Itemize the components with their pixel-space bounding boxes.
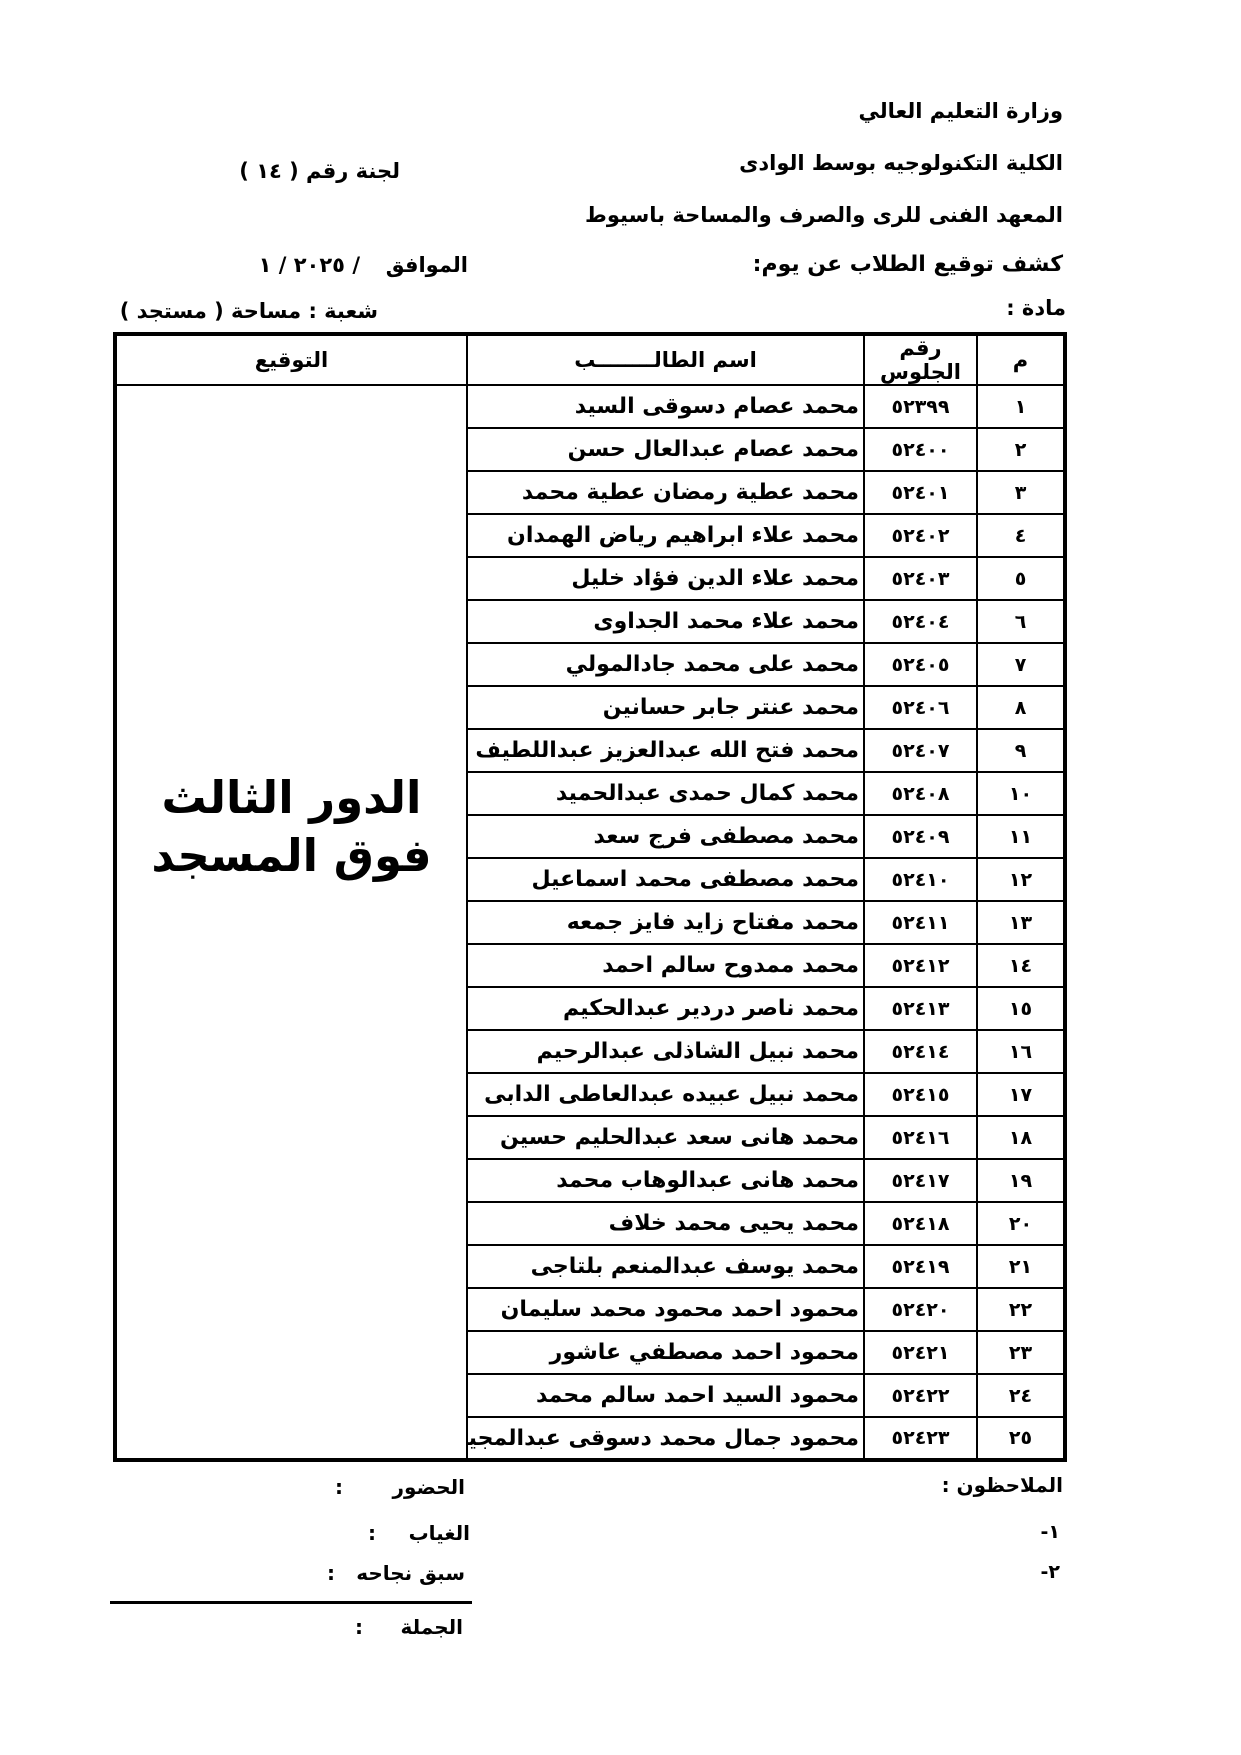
seat-number-cell: ٥٢٤٠٤ [864, 600, 977, 643]
seat-number-cell: ٥٢٤٠١ [864, 471, 977, 514]
row-index-cell: ١٢ [977, 858, 1065, 901]
row-index-cell: ١ [977, 385, 1065, 428]
row-index-cell: ٢٣ [977, 1331, 1065, 1374]
student-name-cell: محمد ناصر دردير عبدالحكيم [467, 987, 864, 1030]
seat-number-cell: ٥٢٤٢٣ [864, 1417, 977, 1460]
row-index-cell: ١٧ [977, 1073, 1065, 1116]
row-index-cell: ١٩ [977, 1159, 1065, 1202]
row-index-cell: ٢٠ [977, 1202, 1065, 1245]
row-index-cell: ٢٢ [977, 1288, 1065, 1331]
previously-passed-line: سبق نجاحه : [327, 1558, 465, 1588]
observer-2-line: ٢- [1041, 1558, 1061, 1586]
location-note: الدور الثالثفوق المسجد [117, 769, 466, 885]
student-name-cell: محمد عطية رمضان عطية محمد [467, 471, 864, 514]
seat-number-cell: ٥٢٤٠٨ [864, 772, 977, 815]
seat-number-cell: ٥٢٤١٢ [864, 944, 977, 987]
date-value: ٢٠٢٥ / ١ / [259, 250, 360, 280]
row-index-cell: ١٥ [977, 987, 1065, 1030]
student-name-cell: محمود جمال محمد دسوقى عبدالمجيد [467, 1417, 864, 1460]
row-index-cell: ٩ [977, 729, 1065, 772]
col-header-index: م [977, 334, 1065, 385]
attendance-label: الحضور [392, 1472, 465, 1502]
student-name-cell: محمد علاء ابراهيم رياض الهمدان [467, 514, 864, 557]
col-header-seat: رقم الجلوس [864, 334, 977, 385]
student-name-cell: محمد يحيى محمد خلاف [467, 1202, 864, 1245]
signature-merged-cell: الدور الثالثفوق المسجد [115, 385, 467, 1460]
row-index-cell: ١٣ [977, 901, 1065, 944]
seat-number-cell: ٥٢٤١٤ [864, 1030, 977, 1073]
seat-number-cell: ٥٢٤٠٠ [864, 428, 977, 471]
row-index-cell: ٢١ [977, 1245, 1065, 1288]
seat-number-cell: ٥٢٤١٦ [864, 1116, 977, 1159]
previously-passed-colon: : [327, 1558, 335, 1588]
location-note-line1: الدور الثالث [117, 769, 466, 827]
college-line: الكلية التكنولوجيه بوسط الوادى [739, 148, 1063, 178]
header-row: م رقم الجلوس اسم الطالــــــــب التوقيع [115, 334, 1065, 385]
student-name-cell: محمد فتح الله عبدالعزيز عبداللطيف [467, 729, 864, 772]
total-line: الجملة : [355, 1612, 463, 1642]
seat-number-cell: ٥٢٤١٨ [864, 1202, 977, 1245]
observers-label: الملاحظون : [942, 1470, 1063, 1500]
seat-number-cell: ٥٢٤٠٦ [864, 686, 977, 729]
student-name-cell: محمد على محمد جادالمولي [467, 643, 864, 686]
row-index-cell: ٢ [977, 428, 1065, 471]
subject-label: مادة : [1006, 293, 1066, 323]
seat-number-cell: ٥٢٤٠٣ [864, 557, 977, 600]
division-line: شعبة : مساحة ( مستجد ) [120, 296, 378, 326]
row-index-cell: ٣ [977, 471, 1065, 514]
table-row: ١٥٢٣٩٩محمد عصام دسوقى السيدالدور الثالثف… [115, 385, 1065, 428]
total-colon: : [355, 1612, 363, 1642]
student-name-cell: محمد مصطفى محمد اسماعيل [467, 858, 864, 901]
row-index-cell: ١٤ [977, 944, 1065, 987]
row-index-cell: ٥ [977, 557, 1065, 600]
row-index-cell: ١٨ [977, 1116, 1065, 1159]
observer-1-line: ١- [1041, 1518, 1061, 1546]
student-name-cell: محمد يوسف عبدالمنعم بلتاجى [467, 1245, 864, 1288]
row-index-cell: ١٦ [977, 1030, 1065, 1073]
seat-number-cell: ٥٢٤١١ [864, 901, 977, 944]
row-index-cell: ٨ [977, 686, 1065, 729]
seat-number-cell: ٥٢٤١٥ [864, 1073, 977, 1116]
absence-label: الغياب [409, 1518, 470, 1548]
absence-line: الغياب : [368, 1518, 470, 1548]
row-index-cell: ٦ [977, 600, 1065, 643]
seat-number-cell: ٥٢٤١٣ [864, 987, 977, 1030]
seat-number-cell: ٥٢٤٠٩ [864, 815, 977, 858]
row-index-cell: ٢٥ [977, 1417, 1065, 1460]
seat-number-cell: ٥٢٤١٧ [864, 1159, 977, 1202]
row-index-cell: ٤ [977, 514, 1065, 557]
student-name-cell: محمد عصام دسوقى السيد [467, 385, 864, 428]
seat-number-cell: ٥٢٤٠٢ [864, 514, 977, 557]
student-name-cell: محمد عنتر جابر حسانين [467, 686, 864, 729]
sheet-title: كشف توقيع الطلاب عن يوم: [753, 250, 1063, 280]
student-name-cell: محمود احمد محمود محمد سليمان [467, 1288, 864, 1331]
seat-number-cell: ٥٢٤٠٥ [864, 643, 977, 686]
row-index-cell: ١٠ [977, 772, 1065, 815]
absence-colon: : [368, 1518, 376, 1548]
seat-number-cell: ٥٢٤٢٠ [864, 1288, 977, 1331]
student-name-cell: محمد علاء الدين فؤاد خليل [467, 557, 864, 600]
row-index-cell: ١١ [977, 815, 1065, 858]
seat-number-cell: ٥٢٤٢٢ [864, 1374, 977, 1417]
col-header-signature: التوقيع [115, 334, 467, 385]
total-divider-line [110, 1601, 472, 1604]
student-name-cell: محمد نبيل الشاذلى عبدالرحيم [467, 1030, 864, 1073]
student-name-cell: محمد هانى سعد عبدالحليم حسين [467, 1116, 864, 1159]
student-name-cell: محمد ممدوح سالم احمد [467, 944, 864, 987]
signature-sheet-page: وزارة التعليم العالي الكلية التكنولوجيه … [0, 0, 1241, 1755]
seat-number-cell: ٥٢٣٩٩ [864, 385, 977, 428]
row-index-cell: ٢٤ [977, 1374, 1065, 1417]
row-index-cell: ٧ [977, 643, 1065, 686]
location-note-line2: فوق المسجد [117, 827, 466, 885]
previously-passed-label: سبق نجاحه [356, 1558, 465, 1588]
total-label: الجملة [401, 1612, 463, 1642]
seat-number-cell: ٥٢٤٠٧ [864, 729, 977, 772]
roster-table: م رقم الجلوس اسم الطالــــــــب التوقيع … [113, 332, 1067, 1462]
attendance-colon: : [335, 1472, 343, 1502]
student-name-cell: محمد نبيل عبيده عبدالعاطى الدابى [467, 1073, 864, 1116]
student-name-cell: محمد مفتاح زايد فايز جمعه [467, 901, 864, 944]
roster-body: ١٥٢٣٩٩محمد عصام دسوقى السيدالدور الثالثف… [115, 385, 1065, 1460]
student-name-cell: محمد كمال حمدى عبدالحميد [467, 772, 864, 815]
student-name-cell: محمد عصام عبدالعال حسن [467, 428, 864, 471]
seat-number-cell: ٥٢٤٢١ [864, 1331, 977, 1374]
institute-line: المعهد الفنى للرى والصرف والمساحة باسيوط [585, 200, 1063, 230]
student-name-cell: محمود احمد مصطفي عاشور [467, 1331, 864, 1374]
seat-number-cell: ٥٢٤١٠ [864, 858, 977, 901]
col-header-name: اسم الطالــــــــب [467, 334, 864, 385]
date-label: الموافق [386, 250, 468, 280]
student-name-cell: محمد علاء محمد الجداوى [467, 600, 864, 643]
seat-number-cell: ٥٢٤١٩ [864, 1245, 977, 1288]
committee-number: لجنة رقم ( ١٤ ) [239, 156, 400, 186]
student-name-cell: محمود السيد احمد سالم محمد [467, 1374, 864, 1417]
student-name-cell: محمد مصطفى فرج سعد [467, 815, 864, 858]
attendance-line: الحضور : [335, 1472, 465, 1502]
ministry-line: وزارة التعليم العالي [858, 96, 1063, 126]
student-name-cell: محمد هانى عبدالوهاب محمد [467, 1159, 864, 1202]
